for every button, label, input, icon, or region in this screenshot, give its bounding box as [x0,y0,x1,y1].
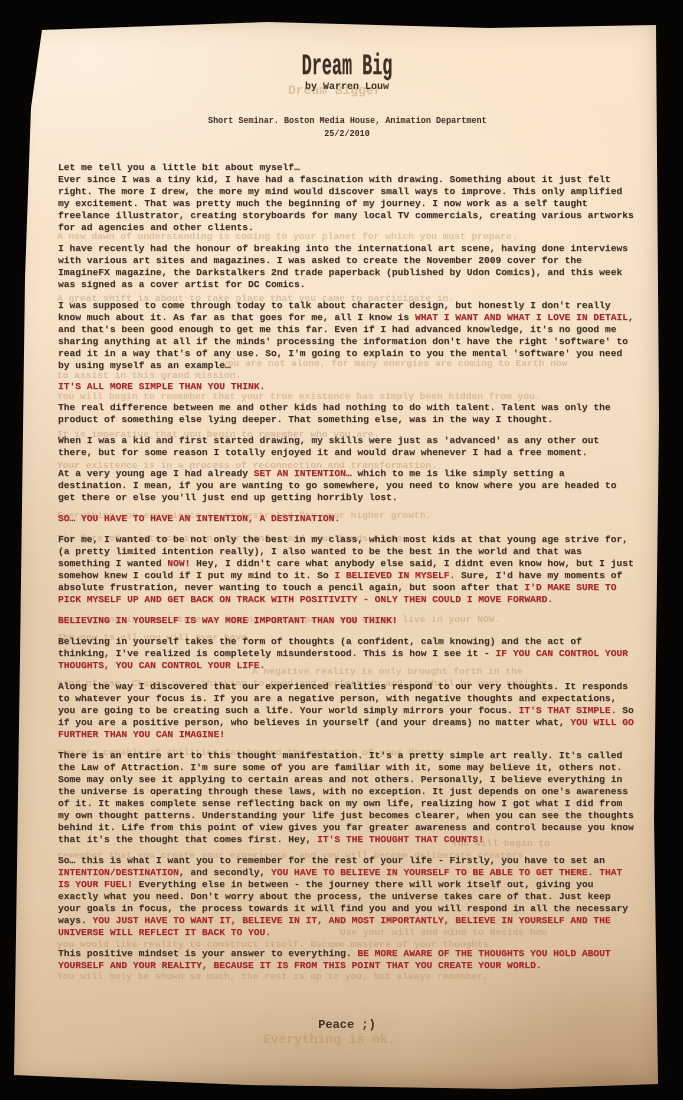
paragraph: I have recently had the honour of breaki… [58,243,636,291]
body-text: So… this is what I want you to remember … [58,855,611,866]
paragraph: At a very young age I had already SET AN… [58,468,636,504]
highlight-text: YOU JUST HAVE TO WANT IT, BELIEVE IN IT,… [58,915,616,938]
document-header: Dream Big by Warren Louw [58,52,636,93]
paragraph: Along the way I discovered that our expe… [58,681,636,741]
paragraph: Let me tell you a little bit about mysel… [58,162,636,234]
highlight-text: NOW! [167,558,190,569]
body-text: , and secondly, [179,867,271,878]
body-text: Let me tell you a little bit about mysel… [58,162,639,233]
highlight-text: BELIEVING IN YOURSELF IS WAY MORE IMPORT… [58,615,398,626]
seminar-date: 25/2/2010 [93,128,602,140]
highlight-text: IT'S ALL MORE SIMPLE THAN YOU THINK. [58,381,265,392]
paper-sheet: Dream BiggerA new dawn of understanding … [8,18,664,1092]
highlight-text: WHAT I WANT AND WHAT I LOVE IN DETAIL [415,312,628,323]
document-body: Let me tell you a little bit about mysel… [58,162,636,981]
seminar-subhead: Short Seminar. Boston Media House, Anima… [58,110,636,140]
highlight-text: SET AN INTENTION… [254,468,352,479]
ghost-text: Everything is ok. [263,1034,396,1046]
paragraph: So… this is what I want you to remember … [58,855,636,939]
body-text: There is an entire art to this thought m… [58,750,639,845]
body-text: When I was a kid and first started drawi… [58,435,605,458]
body-text: I have recently had the honour of breaki… [58,243,634,290]
highlight-text: IT'S THE THOUGHT THAT COUNTS! [317,834,484,845]
page-frame: Dream BiggerA new dawn of understanding … [0,0,683,1100]
body-text: At a very young age I had already [58,468,254,479]
paragraph: I was supposed to come through today to … [58,300,636,372]
highlight-text: IT'S THAT SIMPLE. [519,705,617,716]
highlight-text: I BELIEVED IN MYSELF. [334,570,455,581]
paragraph: BELIEVING IN YOURSELF IS WAY MORE IMPORT… [58,615,636,627]
closing-text: Peace ;) [58,1018,636,1032]
paragraph: The real difference between me and other… [58,402,636,426]
body-text: This positive mindset is your answer to … [58,948,357,959]
highlight-text: INTENTION/DESTINATION [58,867,179,878]
paragraph: IT'S ALL MORE SIMPLE THAN YOU THINK. [58,381,636,393]
document-title: Dream Big [302,52,393,82]
highlight-text: SO… YOU HAVE TO HAVE AN INTENTION, A DES… [58,513,340,524]
paragraph: There is an entire art to this thought m… [58,750,636,846]
paragraph: Believing in yourself takes the form of … [58,636,636,672]
body-text: The real difference between me and other… [58,402,616,425]
paragraph: SO… YOU HAVE TO HAVE AN INTENTION, A DES… [58,513,636,525]
seminar-subtitle: Short Seminar. Boston Media House, Anima… [208,115,487,127]
paragraph: When I was a kid and first started drawi… [58,435,636,459]
paragraph: This positive mindset is your answer to … [58,948,636,972]
paragraph: For me, I wanted to be not only the best… [58,534,636,606]
